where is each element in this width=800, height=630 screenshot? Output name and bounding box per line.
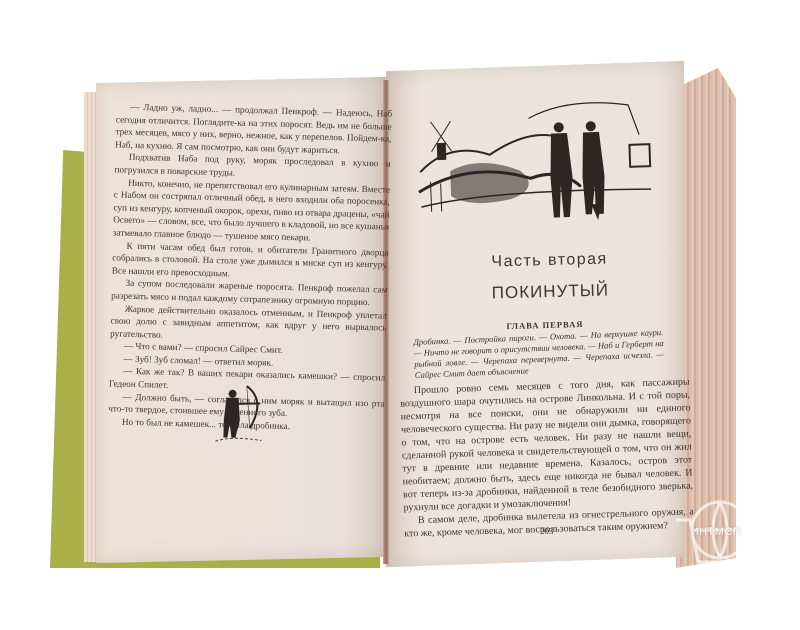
page-number: 203	[540, 526, 554, 536]
watermark-text: ИНТМСП	[683, 526, 749, 538]
open-book-photo: — Ладно уж, ладно... — продолжал Пенкроф…	[0, 0, 800, 630]
paragraph: — Ладно уж, ладно... — продолжал Пенкроф…	[115, 100, 392, 158]
paragraph: Никто, конечно, не препятствовал его кул…	[113, 176, 391, 246]
paragraph: Прошло ровно семь месяцев с того дня, ка…	[400, 375, 694, 514]
right-page-text: Прошло ровно семь месяцев с того дня, ка…	[400, 375, 695, 540]
archer-illustration-icon	[211, 379, 273, 451]
two-men-illustration-icon	[408, 94, 672, 233]
shopping-cart-globe-icon	[676, 490, 756, 588]
part-heading: Часть вторая ПОКИНУТЫЙ	[439, 249, 660, 305]
